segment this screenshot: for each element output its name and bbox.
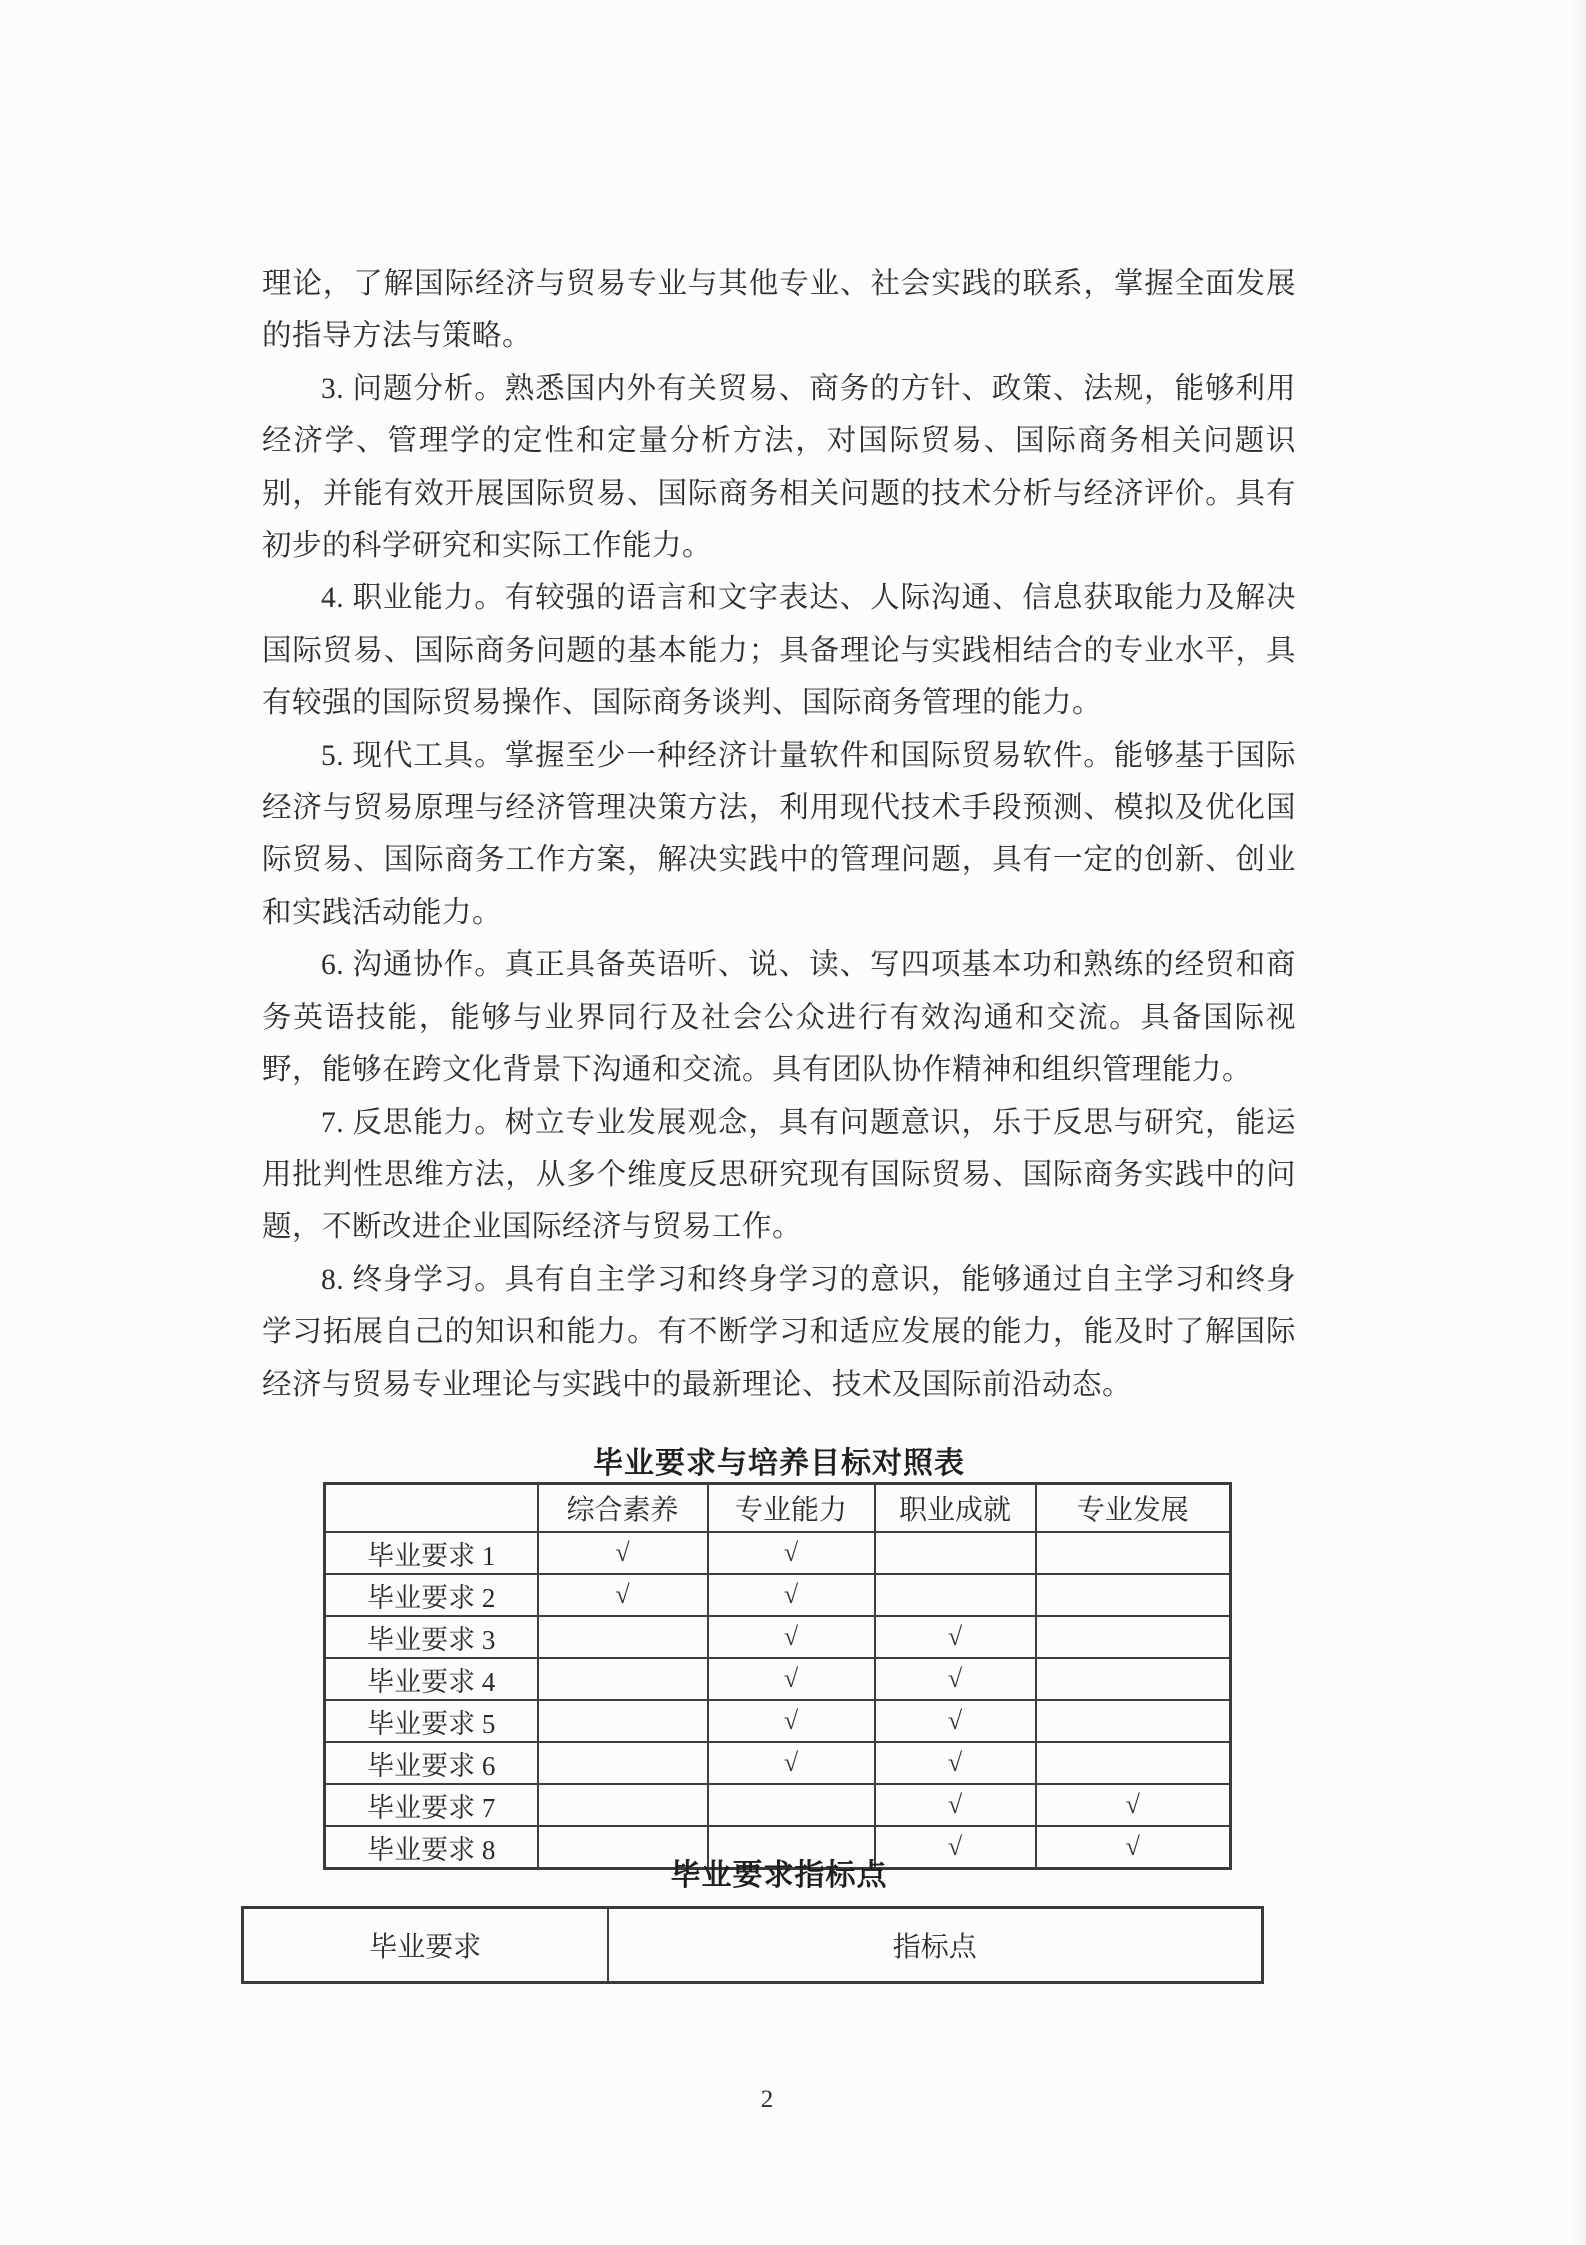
table-cell: √ (538, 1532, 708, 1574)
table-header-cell: 职业成就 (875, 1484, 1036, 1533)
table-cell: √ (875, 1700, 1036, 1742)
table-cell (1036, 1700, 1231, 1742)
table-cell (538, 1700, 708, 1742)
table-cell: √ (875, 1742, 1036, 1784)
table-row: 毕业要求 2 √ √ (325, 1574, 1231, 1616)
table-row: 毕业要求 5 √ √ (325, 1700, 1231, 1742)
body-text: 理论，了解国际经济与贸易专业与其他专业、社会实践的联系，掌握全面发展的指导方法与… (262, 258, 1296, 1411)
mapping-table: 综合素养 专业能力 职业成就 专业发展 毕业要求 1 √ √ 毕业要求 2 √ … (323, 1482, 1232, 1870)
table-header-cell-empty (325, 1484, 538, 1533)
table-row: 毕业要求 1 √ √ (325, 1532, 1231, 1574)
table-cell: √ (708, 1742, 875, 1784)
table-cell: √ (875, 1784, 1036, 1826)
table-cell: √ (708, 1700, 875, 1742)
table-cell: √ (708, 1616, 875, 1658)
paragraph-6-communication: 6. 沟通协作。真正具备英语听、说、读、写四项基本功和熟练的经贸和商务英语技能，… (262, 939, 1296, 1096)
indicator-table-title: 毕业要求指标点 (262, 1850, 1296, 1894)
row-label: 毕业要求 1 (325, 1532, 538, 1574)
table-cell (1036, 1532, 1231, 1574)
table-cell: √ (708, 1658, 875, 1700)
table-header-cell: 综合素养 (538, 1484, 708, 1533)
indicator-table-header-row: 毕业要求 指标点 (243, 1908, 1263, 1983)
mapping-table-title: 毕业要求与培养目标对照表 (262, 1438, 1296, 1482)
indicator-table: 毕业要求 指标点 (241, 1906, 1264, 1984)
table-cell (1036, 1658, 1231, 1700)
table-cell (1036, 1616, 1231, 1658)
table-row: 毕业要求 7 √ √ (325, 1784, 1231, 1826)
row-label: 毕业要求 6 (325, 1742, 538, 1784)
table-header-cell: 毕业要求 (243, 1908, 608, 1983)
table-cell (538, 1616, 708, 1658)
table-cell: √ (875, 1658, 1036, 1700)
paragraph-3-problem-analysis: 3. 问题分析。熟悉国内外有关贸易、商务的方针、政策、法规，能够利用经济学、管理… (262, 363, 1296, 573)
table-cell: √ (1036, 1784, 1231, 1826)
table-cell: √ (875, 1616, 1036, 1658)
scanned-document-page: 理论，了解国际经济与贸易专业与其他专业、社会实践的联系，掌握全面发展的指导方法与… (0, 0, 1586, 2245)
table-row: 毕业要求 6 √ √ (325, 1742, 1231, 1784)
table-cell (538, 1658, 708, 1700)
row-label: 毕业要求 4 (325, 1658, 538, 1700)
table-header-cell: 专业能力 (708, 1484, 875, 1533)
table-cell (538, 1742, 708, 1784)
table-row: 毕业要求 3 √ √ (325, 1616, 1231, 1658)
paragraph-5-modern-tools: 5. 现代工具。掌握至少一种经济计量软件和国际贸易软件。能够基于国际经济与贸易原… (262, 730, 1296, 940)
row-label: 毕业要求 2 (325, 1574, 538, 1616)
table-cell (875, 1574, 1036, 1616)
table-header-cell: 专业发展 (1036, 1484, 1231, 1533)
paragraph-continuation: 理论，了解国际经济与贸易专业与其他专业、社会实践的联系，掌握全面发展的指导方法与… (262, 258, 1296, 363)
table-cell (875, 1532, 1036, 1574)
table-cell: √ (708, 1532, 875, 1574)
table-cell (1036, 1742, 1231, 1784)
page-number: 2 (0, 2086, 1534, 2114)
mapping-table-header-row: 综合素养 专业能力 职业成就 专业发展 (325, 1484, 1231, 1533)
table-cell (1036, 1574, 1231, 1616)
paragraph-7-reflection: 7. 反思能力。树立专业发展观念，具有问题意识，乐于反思与研究，能运用批判性思维… (262, 1097, 1296, 1254)
table-header-cell: 指标点 (608, 1908, 1263, 1983)
row-label: 毕业要求 3 (325, 1616, 538, 1658)
table-cell (708, 1784, 875, 1826)
paragraph-4-vocational-ability: 4. 职业能力。有较强的语言和文字表达、人际沟通、信息获取能力及解决国际贸易、国… (262, 572, 1296, 729)
paragraph-8-lifelong-learning: 8. 终身学习。具有自主学习和终身学习的意识，能够通过自主学习和终身学习拓展自己… (262, 1254, 1296, 1411)
row-label: 毕业要求 5 (325, 1700, 538, 1742)
table-cell: √ (708, 1574, 875, 1616)
table-cell (538, 1784, 708, 1826)
table-row: 毕业要求 4 √ √ (325, 1658, 1231, 1700)
table-cell: √ (538, 1574, 708, 1616)
row-label: 毕业要求 7 (325, 1784, 538, 1826)
